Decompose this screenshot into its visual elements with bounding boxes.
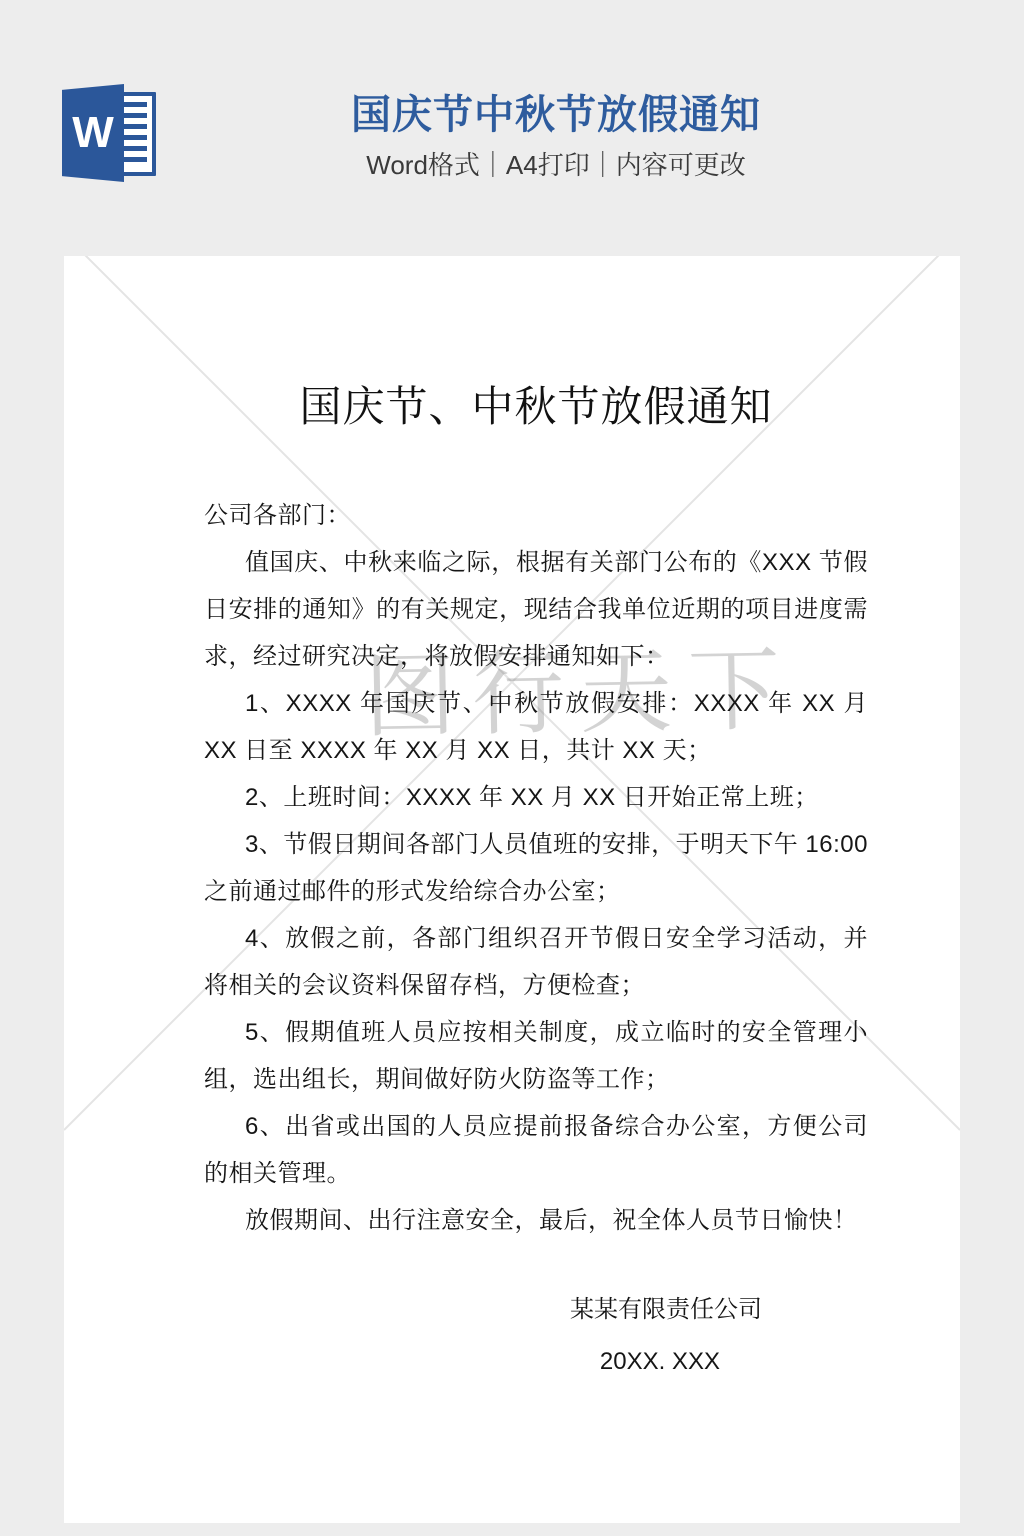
document-title: 国庆节、中秋节放假通知: [204, 378, 868, 436]
paragraph-item-5: 5、假期值班人员应按相关制度，成立临时的安全管理小组，选出组长，期间做好防火防盗…: [204, 1009, 868, 1103]
paragraph-item-1: 1、XXXX 年国庆节、中秋节放假安排：XXXX 年 XX 月 XX 日至 XX…: [204, 680, 868, 774]
paragraph-item-4: 4、放假之前，各部门组织召开节假日安全学习活动，并将相关的会议资料保留存档，方便…: [204, 915, 868, 1009]
header: W 国庆节中秋节放假通知 Word格式｜A4打印｜内容可更改: [0, 0, 1024, 230]
paragraph-item-3: 3、节假日期间各部门人员值班的安排，于明天下午 16:00 之前通过邮件的形式发…: [204, 821, 868, 915]
header-text-block: 国庆节中秋节放假通知 Word格式｜A4打印｜内容可更改: [88, 92, 1024, 180]
paragraph-intro: 值国庆、中秋来临之际，根据有关部门公布的《XXX 节假日安排的通知》的有关规定，…: [204, 539, 868, 680]
signature-company: 某某有限责任公司: [204, 1286, 868, 1333]
header-title: 国庆节中秋节放假通知: [88, 92, 1024, 138]
signature-block: 某某有限责任公司 20XX. XXX: [204, 1286, 868, 1385]
signature-date: 20XX. XXX: [204, 1338, 868, 1385]
paragraph-item-2: 2、上班时间：XXXX 年 XX 月 XX 日开始正常上班；: [204, 774, 868, 821]
header-subtitle: Word格式｜A4打印｜内容可更改: [88, 150, 1024, 180]
paragraph-salutation: 公司各部门：: [204, 492, 868, 539]
document-content: 国庆节、中秋节放假通知 公司各部门： 值国庆、中秋来临之际，根据有关部门公布的《…: [64, 256, 960, 1523]
document-page: 图行天下 国庆节、中秋节放假通知 公司各部门： 值国庆、中秋来临之际，根据有关部…: [64, 256, 960, 1523]
paragraph-closing: 放假期间、出行注意安全，最后，祝全体人员节日愉快！: [204, 1197, 868, 1244]
paragraph-item-6: 6、出省或出国的人员应提前报备综合办公室，方便公司的相关管理。: [204, 1103, 868, 1197]
